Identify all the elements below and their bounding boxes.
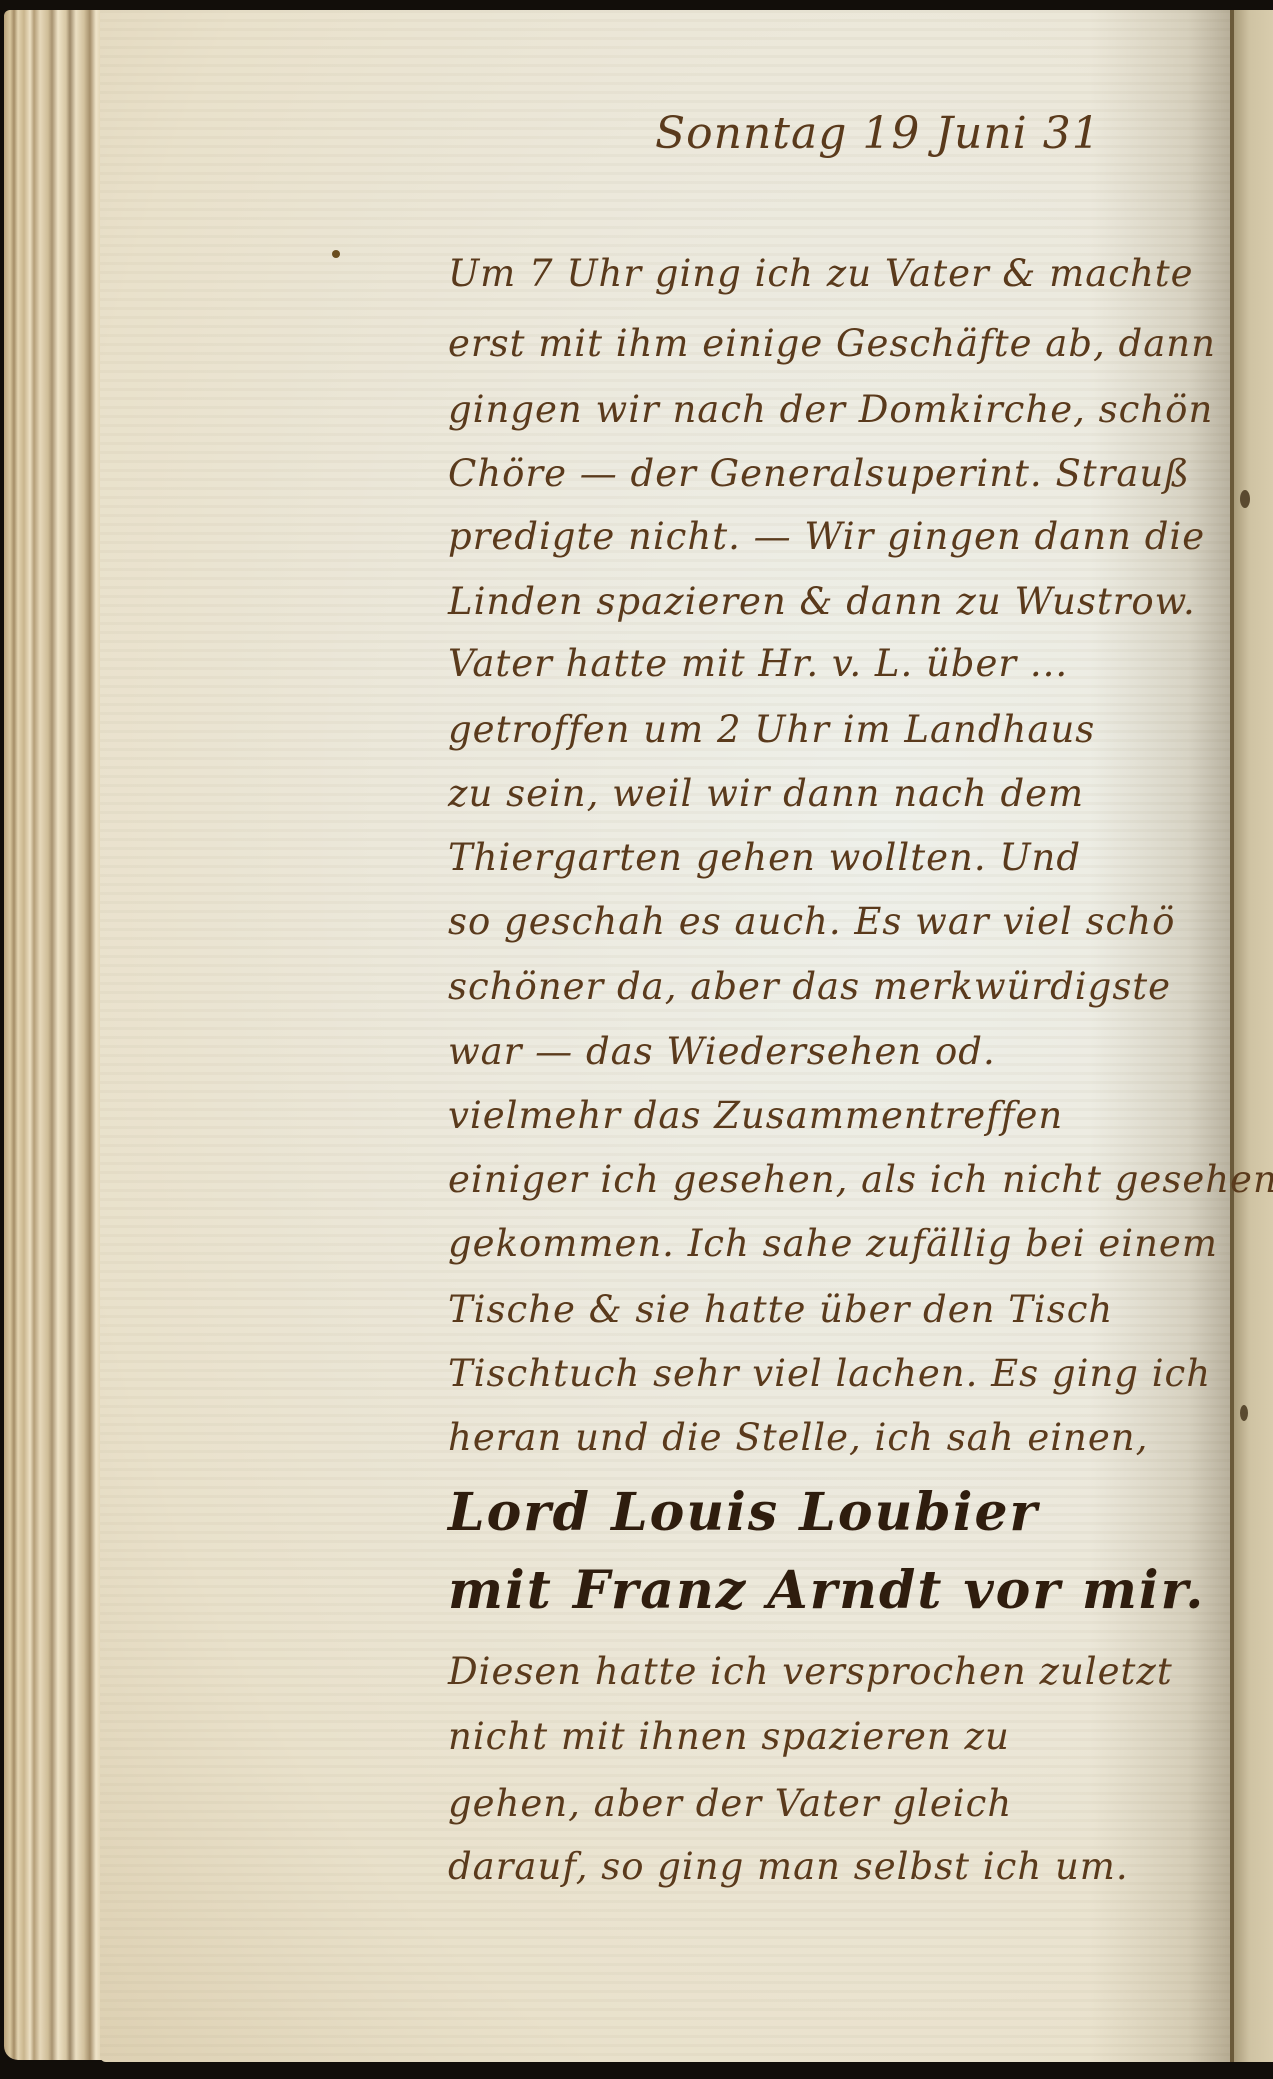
manuscript-line: heran und die Stelle, ich sah einen, xyxy=(448,1416,1148,1459)
manuscript-line: getroffen um 2 Uhr im Landhaus xyxy=(448,708,1095,751)
page-tear-mark xyxy=(1240,490,1250,508)
manuscript-line: gingen wir nach der Domkirche, schön xyxy=(448,388,1213,431)
manuscript-line: Thiergarten gehen wollten. Und xyxy=(448,836,1081,879)
manuscript-line: darauf, so ging man selbst ich um. xyxy=(448,1845,1129,1888)
page-tear-mark xyxy=(1240,1405,1248,1421)
facing-page-edge xyxy=(1234,10,1273,2062)
manuscript-line: predigte nicht. — Wir gingen dann die xyxy=(448,515,1205,558)
manuscript-line-name: Lord Louis Loubier xyxy=(448,1482,1039,1543)
manuscript-line: gehen, aber der Vater gleich xyxy=(448,1782,1012,1825)
manuscript-line: nicht mit ihnen spazieren zu xyxy=(448,1715,1010,1758)
manuscript-line: zu sein, weil wir dann nach dem xyxy=(448,772,1084,815)
manuscript-line: Chöre — der Generalsuperint. Strauß xyxy=(448,452,1190,495)
entry-date-heading: Sonntag 19 Juni 31 xyxy=(655,108,1101,159)
ink-spot xyxy=(332,250,340,258)
manuscript-line: Linden spazieren & dann zu Wustrow. xyxy=(448,580,1196,623)
manuscript-line: Vater hatte mit Hr. v. L. über ... xyxy=(448,642,1068,685)
manuscript-line: so geschah es auch. Es war viel schö xyxy=(448,900,1175,943)
manuscript-line: vielmehr das Zusammentreffen xyxy=(448,1094,1063,1137)
manuscript-line-name: mit Franz Arndt vor mir. xyxy=(448,1560,1205,1621)
manuscript-line: Diesen hatte ich versprochen zuletzt xyxy=(448,1650,1173,1693)
manuscript-line: gekommen. Ich sahe zufällig bei einem xyxy=(448,1222,1218,1265)
manuscript-line: einiger ich gesehen, als ich nicht geseh… xyxy=(448,1158,1273,1201)
page-edges-stack xyxy=(4,10,104,2060)
scan-background: Sonntag 19 Juni 31 Um 7 Uhr ging ich zu … xyxy=(0,0,1273,2079)
manuscript-line: Um 7 Uhr ging ich zu Vater & machte xyxy=(448,252,1194,295)
manuscript-line: Tische & sie hatte über den Tisch xyxy=(448,1288,1113,1331)
manuscript-line: Tischtuch sehr viel lachen. Es ging ich xyxy=(448,1352,1211,1395)
manuscript-line: erst mit ihm einige Geschäfte ab, dann xyxy=(448,322,1216,365)
manuscript-line: schöner da, aber das merkwürdigste xyxy=(448,965,1171,1008)
manuscript-line: war — das Wiedersehen od. xyxy=(448,1030,996,1073)
